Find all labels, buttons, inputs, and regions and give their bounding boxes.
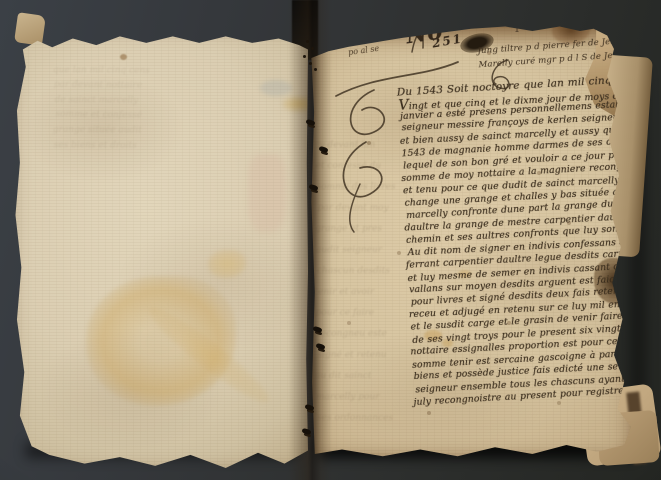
- torn-corner-tab: [14, 12, 46, 46]
- ink-speck: [311, 47, 314, 50]
- manuscript-photo: que lan mil cinq censpar devant nottaire…: [0, 0, 661, 480]
- left-page: que lan mil cinq censpar devant nottaire…: [14, 32, 308, 468]
- manuscript-text-block: Du 1543 Soit noctoyre que lan mil cinq c…: [398, 74, 647, 409]
- bleedthrough-line: ses biens et droits: [54, 140, 289, 156]
- right-page: cy devant lanet confessé dusomme des liv…: [308, 22, 648, 472]
- pink-patch: [248, 154, 286, 232]
- bleedthrough-text-left: que lan mil cinq censpar devant nottaire…: [54, 65, 290, 157]
- ink-spot: [120, 54, 127, 60]
- ink-speck: [309, 62, 312, 65]
- ink-speck: [314, 68, 317, 71]
- ink-speck: [306, 40, 309, 43]
- ink-speck: [303, 55, 306, 58]
- page-number: 1: [514, 24, 520, 35]
